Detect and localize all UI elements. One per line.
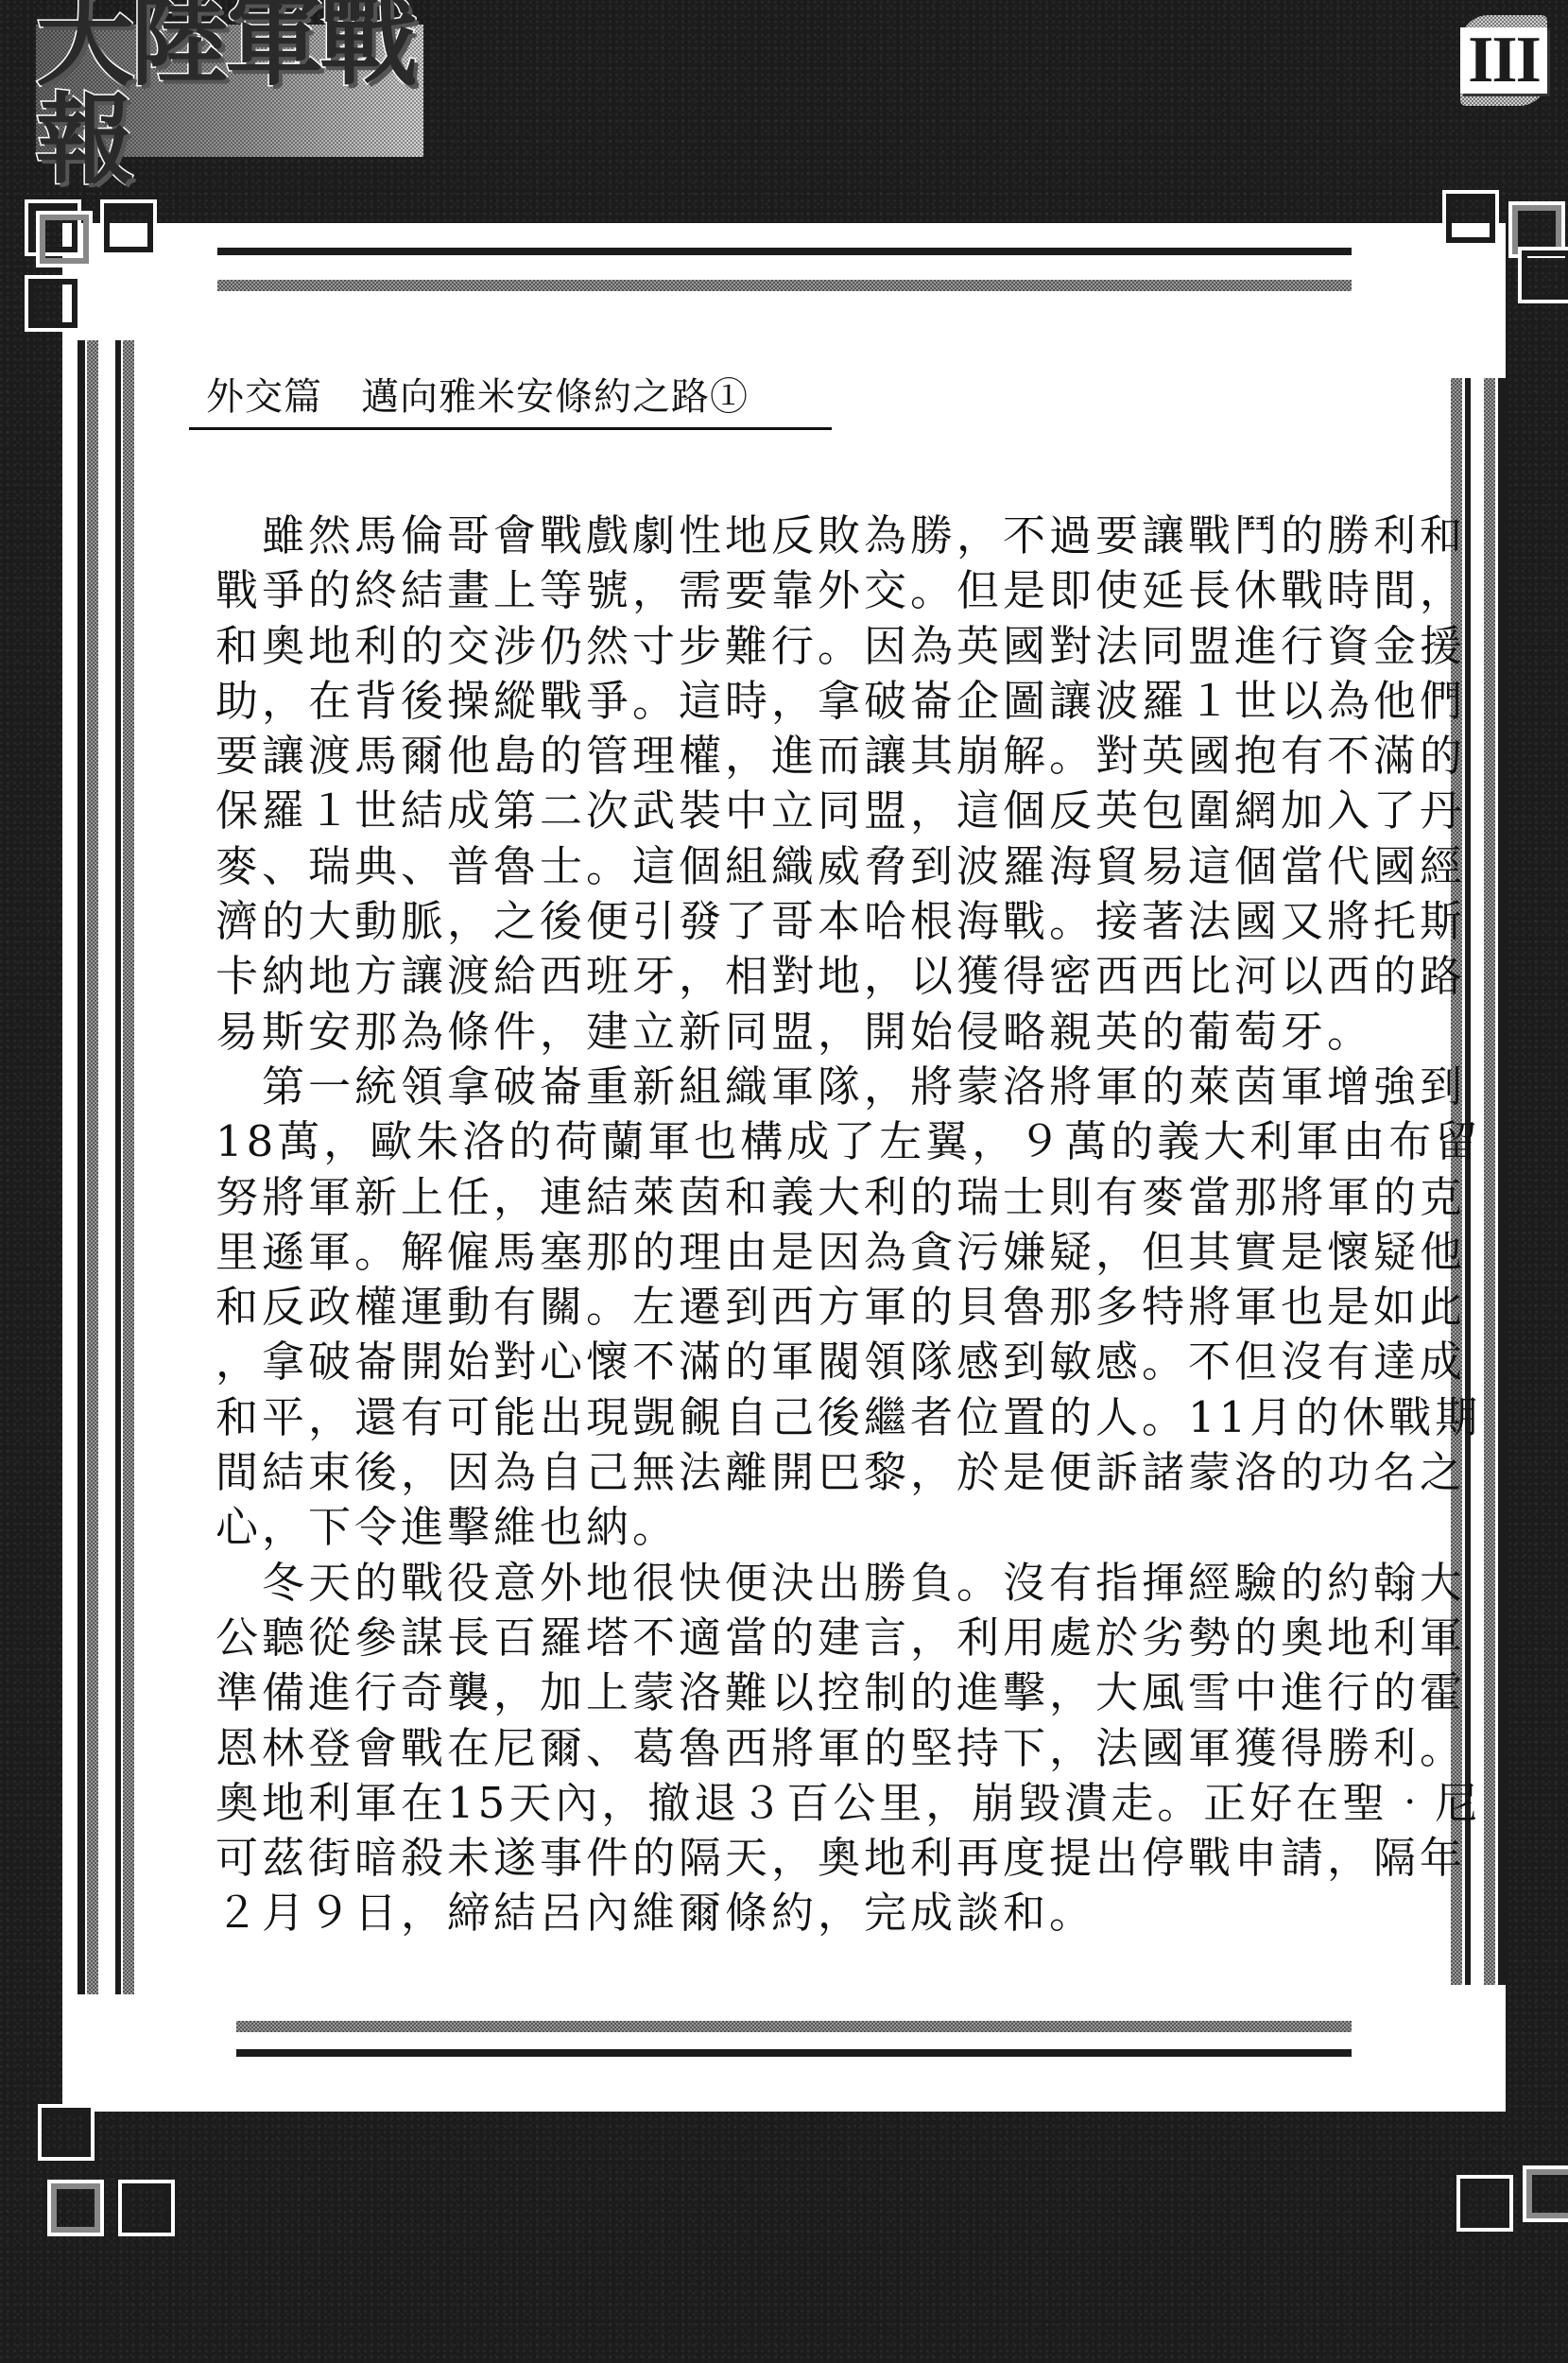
heading-underline — [189, 427, 832, 430]
frame-rail-left-halftone — [87, 340, 98, 1994]
body-line: 助，在背後操縱戰爭。這時，拿破崙企圖讓波羅１世以為他們 — [215, 674, 1444, 729]
body-line: 準備進行奇襲，加上蒙洛難以控制的進擊，大風雪中進行的霍 — [215, 1665, 1444, 1720]
corner-ornament-top-left — [28, 203, 142, 336]
body-line: 努將軍新上任，連結萊茵和義大利的瑞士則有麥當那將軍的克 — [215, 1170, 1444, 1225]
body-line: 里遜軍。解僱馬塞那的理由是因為貪污嫌疑，但其實是懷疑他 — [215, 1225, 1444, 1280]
body-line: 冬天的戰役意外地很快便決出勝負。沒有指揮經驗的約翰大 — [215, 1556, 1444, 1611]
frame-rail-bottom-halftone — [236, 2021, 1352, 2032]
series-title-plate: 大陸軍戰報 — [36, 25, 423, 157]
frame-rail-top — [217, 248, 1352, 255]
article-body: 雖然馬倫哥會戰戲劇性地反敗為勝，不過要讓戰鬥的勝利和 戰爭的終結畫上等號，需要靠… — [215, 509, 1444, 1941]
corner-ornament-bottom-left — [42, 2108, 155, 2240]
body-line: 易斯安那為條件，建立新同盟，開始侵略親英的葡萄牙。 — [215, 1005, 1444, 1060]
body-line: ，拿破崙開始對心懷不滿的軍閥領隊感到敏感。不但沒有達成 — [215, 1335, 1444, 1389]
body-line: 間結束後，因為自己無法離開巴黎，於是便訴諸蒙洛的功名之 — [215, 1445, 1444, 1500]
body-line: 卡納地方讓渡給西班牙，相對地，以獲得密西西比河以西的路 — [215, 949, 1444, 1004]
body-line: ２月９日，締結呂內維爾條約，完成談和。 — [215, 1886, 1444, 1940]
body-line: 心，下令進擊維也納。 — [215, 1500, 1444, 1555]
body-line: 恩林登會戰在尼爾、葛魯西將軍的堅持下，法國軍獲得勝利。 — [215, 1721, 1444, 1776]
body-line: 第一統領拿破崙重新組織軍隊，將蒙洛將軍的萊茵軍增強到 — [215, 1060, 1444, 1114]
body-line: 和平，還有可能出現覬覦自己後繼者位置的人。11月的休戰期 — [215, 1390, 1444, 1445]
chapter-numeral: III — [1460, 27, 1547, 94]
chapter-badge: III — [1460, 15, 1547, 106]
body-line: 和反政權運動有關。左遷到西方軍的貝魯那多特將軍也是如此 — [215, 1280, 1444, 1335]
body-line: 戰爭的終結畫上等號，需要靠外交。但是即使延長休戰時間， — [215, 563, 1444, 618]
corner-ornament-top-right — [1446, 194, 1559, 326]
body-line: 18萬，歐朱洛的荷蘭軍也構成了左翼，９萬的義大利軍由布留 — [215, 1114, 1444, 1169]
corner-ornament-bottom-right — [1460, 2113, 1568, 2245]
frame-rail-right — [1498, 378, 1506, 1985]
frame-rail-top-halftone — [217, 280, 1352, 291]
frame-rail-left-inner — [115, 340, 121, 1994]
body-line: 要讓渡馬爾他島的管理權，進而讓其崩解。對英國抱有不滿的 — [215, 729, 1444, 784]
body-line: 雖然馬倫哥會戰戲劇性地反敗為勝，不過要讓戰鬥的勝利和 — [215, 509, 1444, 563]
body-line: 公聽從參謀長百羅塔不適當的建言，利用處於劣勢的奧地利軍 — [215, 1611, 1444, 1665]
series-title: 大陸軍戰報 — [36, 0, 423, 189]
body-line: 奧地利軍在15天內，撤退３百公里，崩毀潰走。正好在聖‧尼 — [215, 1776, 1444, 1831]
body-line: 可茲街暗殺未遂事件的隔天，奧地利再度提出停戰申請，隔年 — [215, 1831, 1444, 1886]
body-line: 麥、瑞典、普魯士。這個組織威脅到波羅海貿易這個當代國經 — [215, 839, 1444, 894]
body-line: 保羅１世結成第二次武裝中立同盟，這個反英包圍網加入了丹 — [215, 784, 1444, 838]
frame-rail-left-inner-halftone — [123, 340, 134, 1994]
body-line: 和奧地利的交涉仍然寸步難行。因為英國對法同盟進行資金援 — [215, 619, 1444, 674]
frame-rail-right-halftone — [1484, 378, 1495, 1985]
body-line: 濟的大動脈，之後便引發了哥本哈根海戰。接著法國又將托斯 — [215, 894, 1444, 949]
frame-rail-bottom — [236, 2049, 1352, 2057]
article-heading: 外交篇 邁向雅米安條約之路① — [206, 367, 749, 421]
frame-rail-left — [78, 340, 85, 1994]
